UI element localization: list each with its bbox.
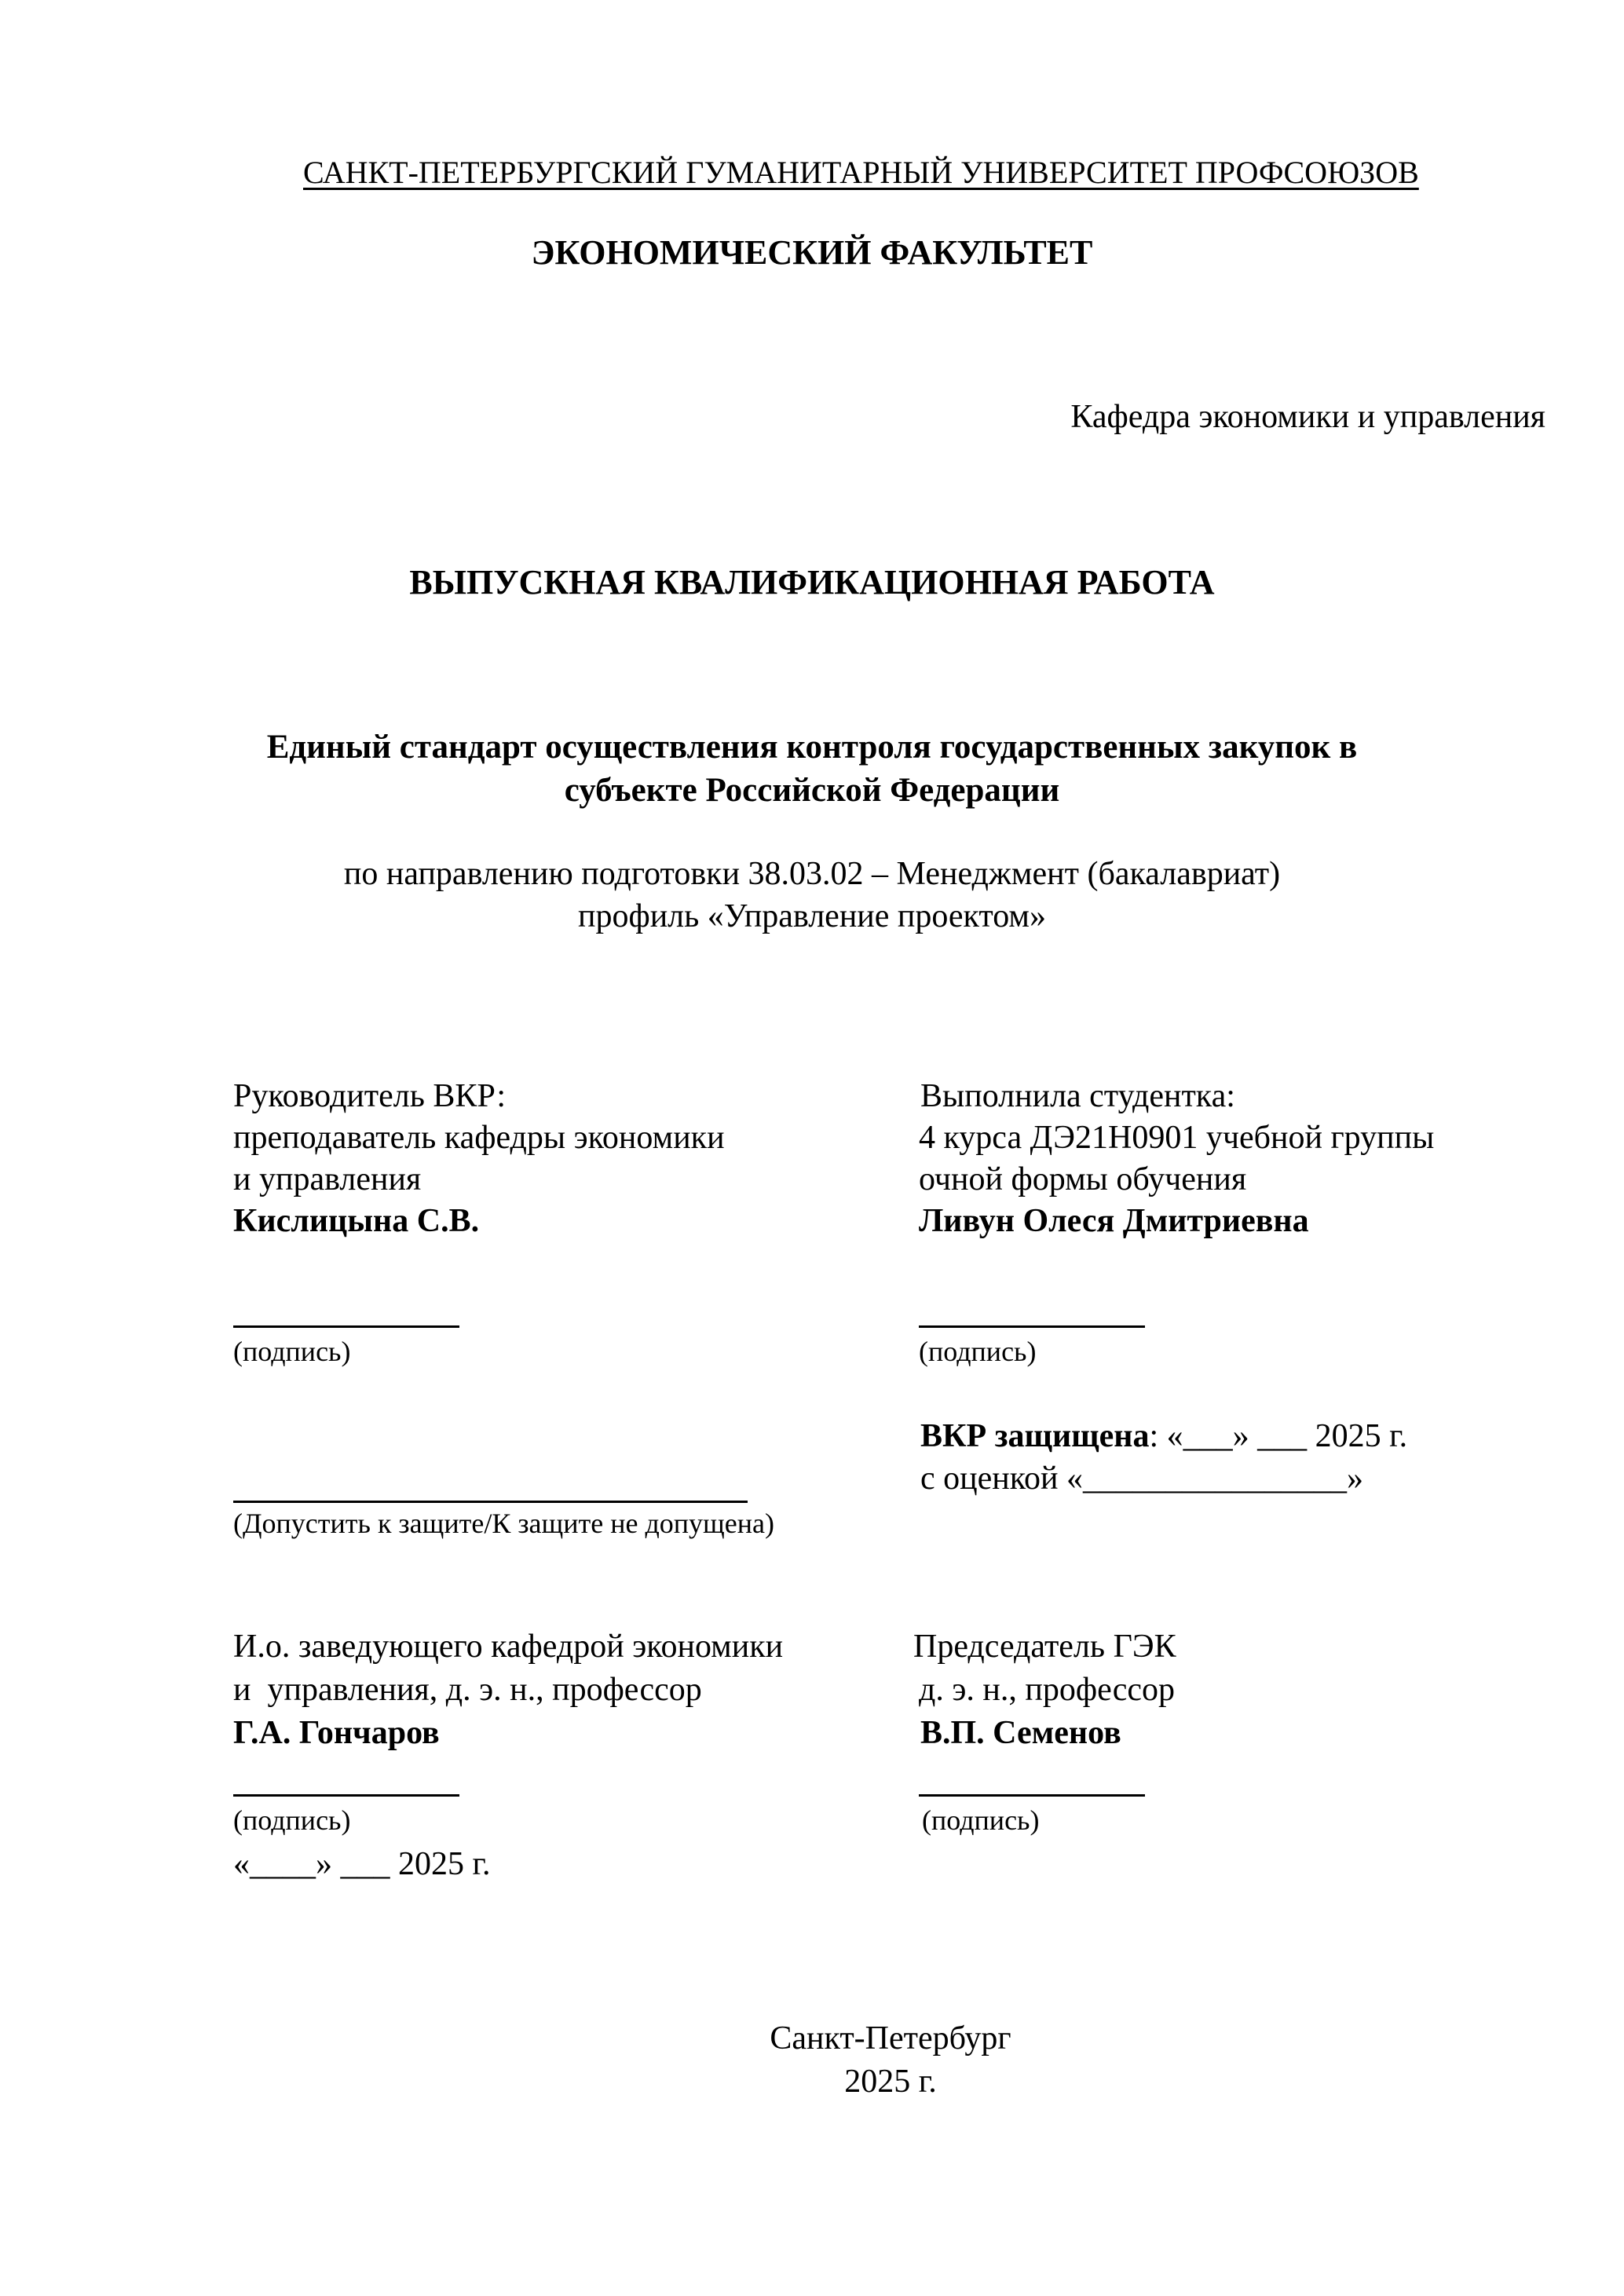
supervisor-position-line1: преподаватель кафедры экономики — [233, 1121, 725, 1154]
defense-date: : «___» ___ 2025 г. — [1149, 1418, 1407, 1454]
university-name: САНКТ-ПЕТЕРБУРГСКИЙ ГУМАНИТАРНЫЙ УНИВЕРС… — [303, 157, 1419, 188]
student-info-line1: 4 курса ДЭ21Н0901 учебной группы — [919, 1121, 1434, 1154]
supervisor-signature-line[interactable] — [233, 1325, 459, 1328]
student-signature-caption: (подпись) — [919, 1337, 1036, 1366]
thesis-title-line2: субъекте Российской Федерации — [0, 773, 1624, 807]
supervisor-name: Кислицына С.В. — [233, 1205, 479, 1238]
supervisor-position-line2: и управления — [233, 1163, 421, 1196]
gek-label: Председатель ГЭК — [913, 1630, 1176, 1663]
department-name: Кафедра экономики и управления — [1070, 400, 1545, 433]
footer-year: 2025 г. — [79, 2065, 1624, 2098]
student-label: Выполнила студентка: — [920, 1080, 1235, 1113]
grade-prefix: с оценкой « — [920, 1461, 1083, 1497]
head-name: Г.А. Гончаров — [233, 1717, 440, 1749]
supervisor-label: Руководитель ВКР: — [233, 1080, 506, 1113]
admission-signature-line[interactable] — [233, 1501, 748, 1503]
supervisor-signature-caption: (подпись) — [233, 1337, 350, 1366]
grade-suffix: » — [1347, 1461, 1363, 1497]
head-date: «____» ___ 2025 г. — [233, 1848, 491, 1881]
student-info-line2: очной формы обучения — [919, 1163, 1246, 1196]
defense-grade-line: с оценкой «________________» — [920, 1462, 1363, 1495]
gek-signature-caption: (подпись) — [922, 1806, 1039, 1834]
work-type-heading: ВЫПУСКНАЯ КВАЛИФИКАЦИОННАЯ РАБОТА — [0, 565, 1624, 600]
thesis-title-line1: Единый стандарт осуществления контроля г… — [0, 730, 1624, 764]
gek-name: В.П. Семенов — [920, 1717, 1121, 1749]
defense-line: ВКР защищена: «___» ___ 2025 г. — [920, 1420, 1407, 1453]
head-position-line2: и управления, д. э. н., профессор — [233, 1673, 702, 1706]
head-signature-line[interactable] — [233, 1794, 459, 1797]
direction-line1: по направлению подготовки 38.03.02 – Мен… — [0, 857, 1624, 890]
student-name: Ливун Олеся Дмитриевна — [919, 1205, 1309, 1238]
head-signature-caption: (подпись) — [233, 1806, 350, 1834]
head-position-line1: И.о. заведующего кафедрой экономики — [233, 1630, 783, 1663]
grade-field[interactable]: ________________ — [1083, 1461, 1347, 1497]
admission-caption: (Допустить к защите/К защите не допущена… — [233, 1509, 774, 1537]
faculty-name: ЭКОНОМИЧЕСКИЙ ФАКУЛЬТЕТ — [0, 236, 1624, 270]
gek-degree: д. э. н., профессор — [919, 1673, 1175, 1706]
direction-line2: профиль «Управление проектом» — [0, 900, 1624, 933]
gek-signature-line[interactable] — [919, 1794, 1145, 1797]
student-signature-line[interactable] — [919, 1325, 1145, 1328]
footer-city: Санкт-Петербург — [79, 2022, 1624, 2055]
defense-label: ВКР защищена — [920, 1418, 1149, 1454]
